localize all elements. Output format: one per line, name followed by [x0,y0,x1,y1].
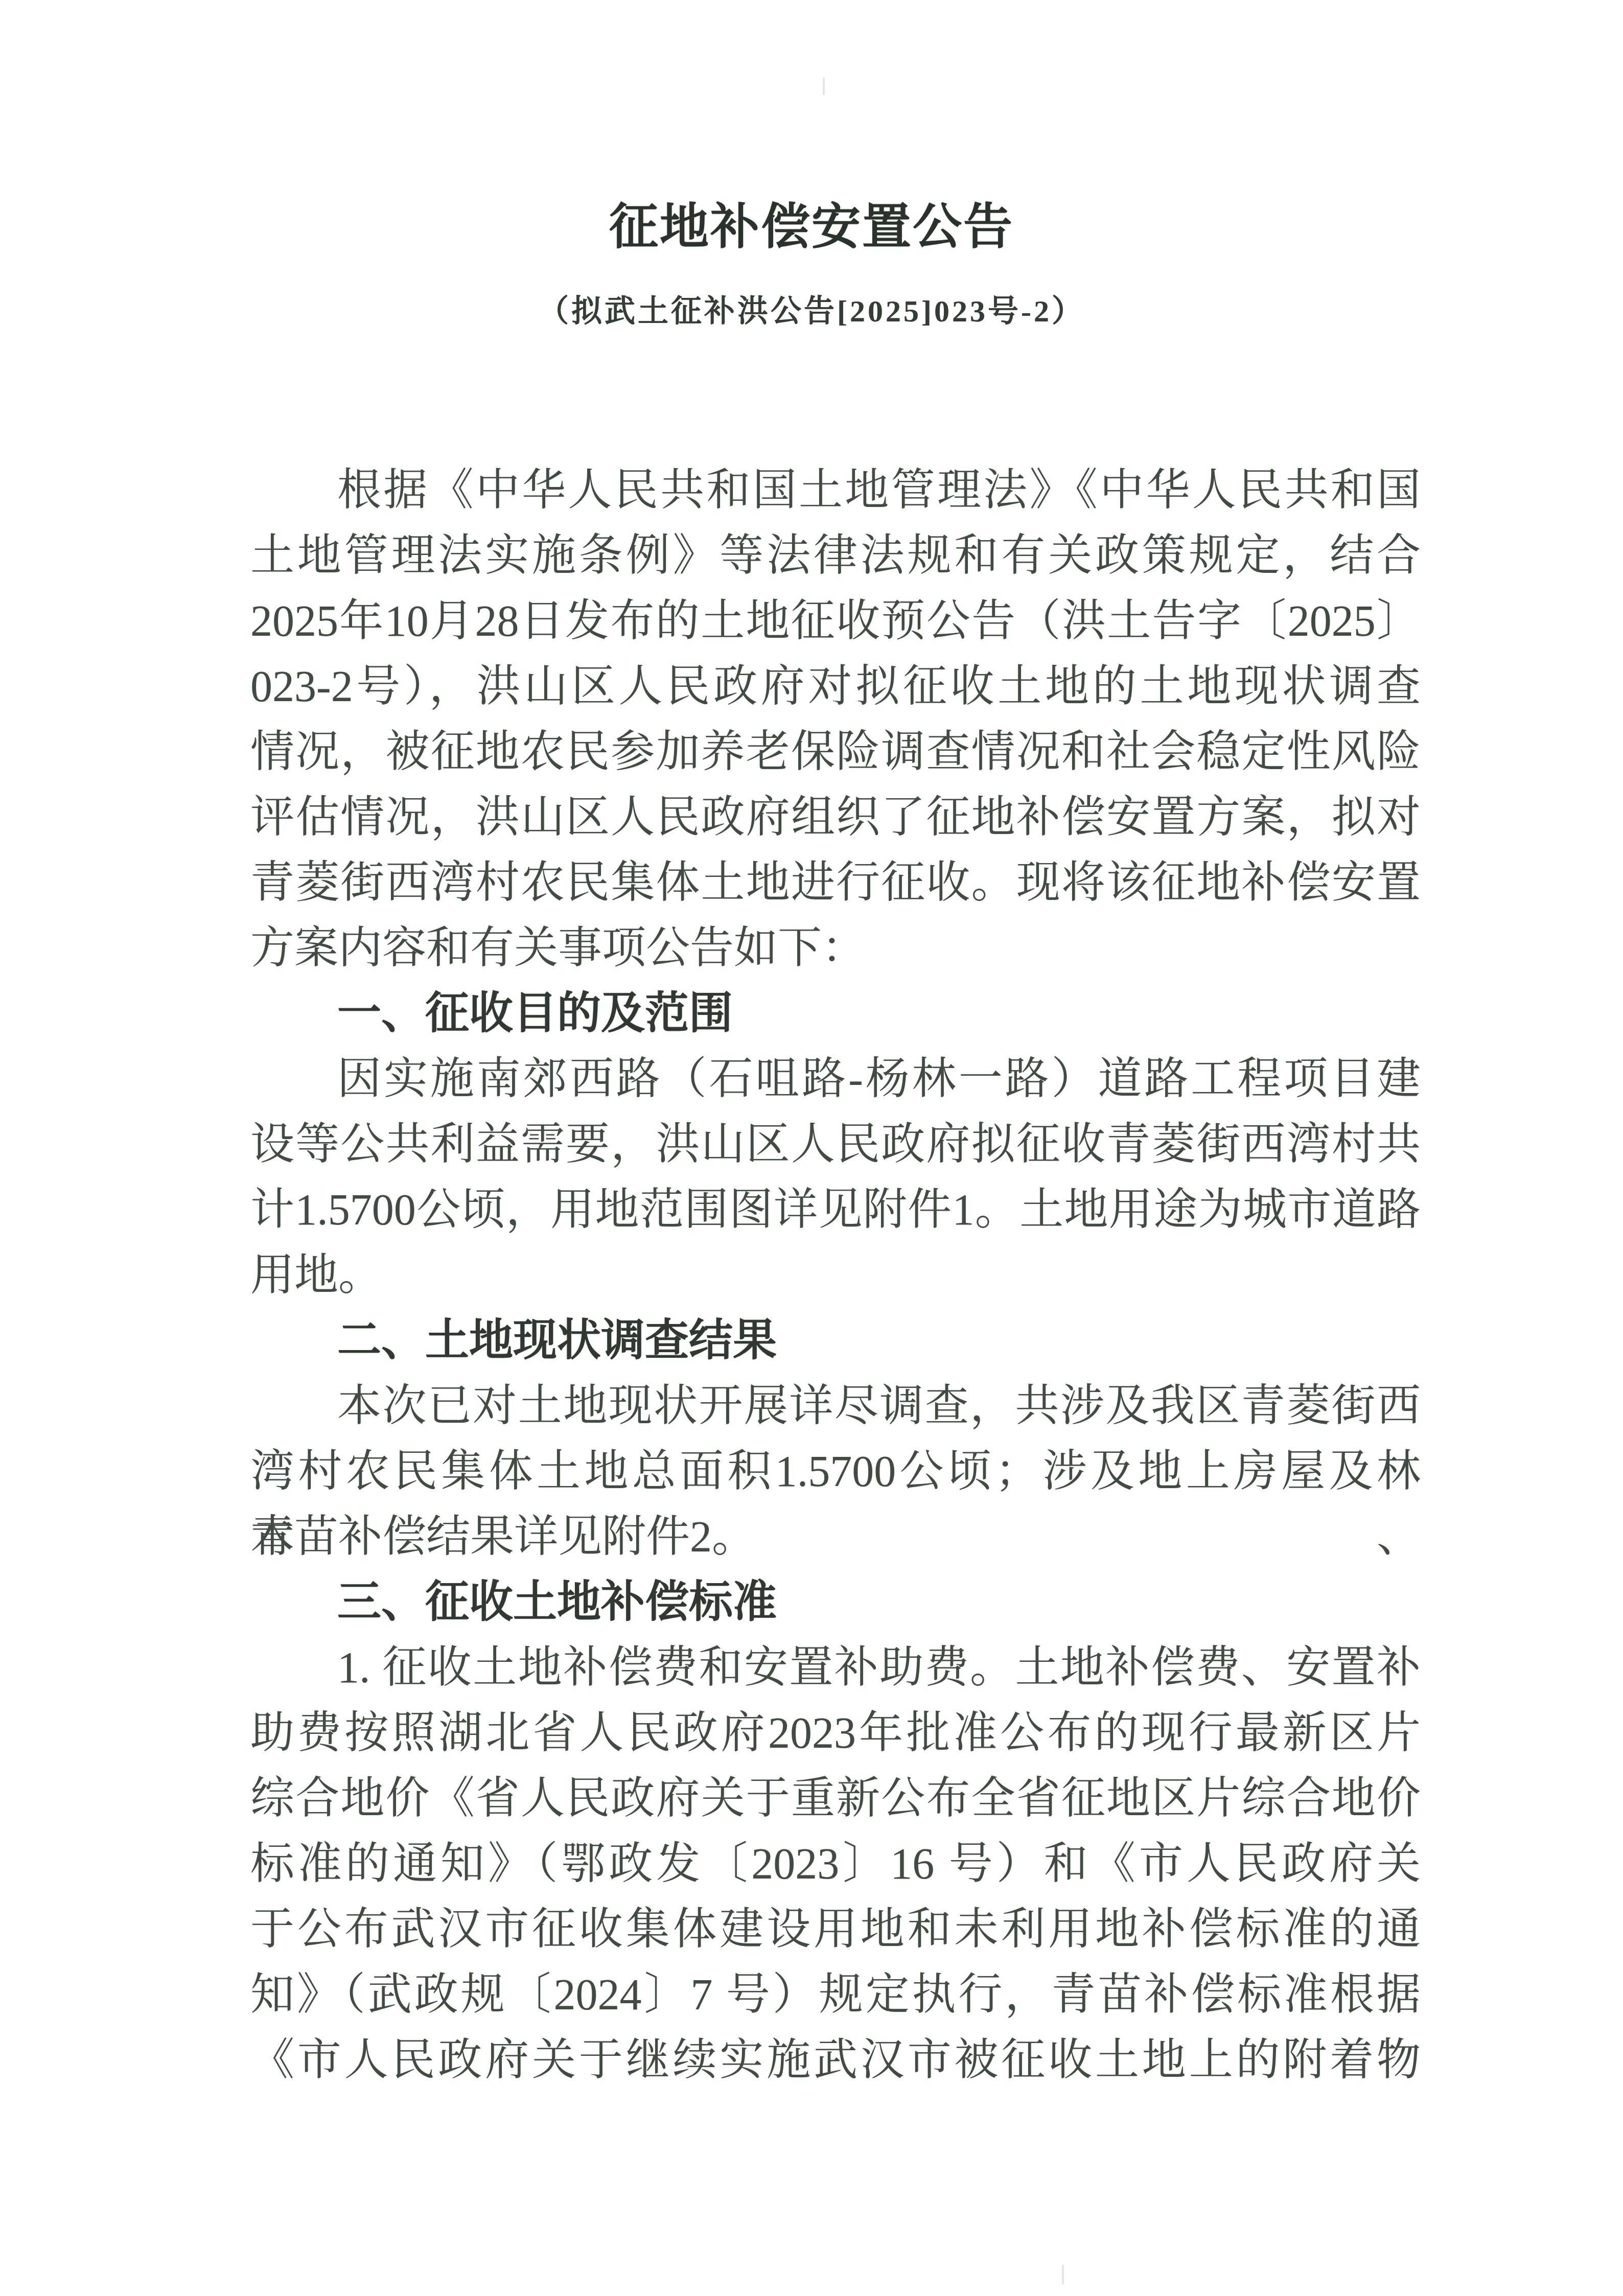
scanned-document-page: 征地补偿安置公告 （拟武土征补洪公告[2025]023号-2） 根据《中华人民共… [0,0,1623,2296]
scan-artifact [1062,2265,1064,2284]
document-line: 本次已对土地现状开展详尽调查，共涉及我区青菱街西 [250,1373,1421,1439]
document-line: 2025年10月28日发布的土地征收预公告（洪土告字〔2025〕 [250,588,1421,654]
section-heading: 三、征收土地补偿标准 [250,1569,1421,1635]
document-line: 设等公共利益需要，洪山区人民政府拟征收青菱街西湾村共 [250,1111,1421,1177]
document-line: 综合地价《省人民政府关于重新公布全省征地区片综合地价 [250,1766,1421,1831]
document-line: 1. 征收土地补偿费和安置补助费。土地补偿费、安置补 [250,1635,1421,1700]
document-line: 青菱街西湾村农民集体土地进行征收。现将该征地补偿安置 [250,850,1421,915]
section-heading: 一、征收目的及范围 [250,981,1421,1046]
document-line: 《市人民政府关于继续实施武汉市被征收土地上的附着物 [250,2027,1421,2093]
document-title: 征地补偿安置公告 [0,198,1623,256]
document-line: 情况，被征地农民参加养老保险调查情况和社会稳定性风险 [250,719,1421,784]
document-line: 根据《中华人民共和国土地管理法》《中华人民共和国 [250,457,1421,523]
document-line: 方案内容和有关事项公告如下： [250,915,1421,981]
document-line: 助费按照湖北省人民政府2023年批准公布的现行最新区片 [250,1700,1421,1766]
document-line: 知》（武政规〔2024〕7 号）规定执行，青苗补偿标准根据 [250,1962,1421,2027]
document-body: 根据《中华人民共和国土地管理法》《中华人民共和国土地管理法实施条例》等法律法规和… [250,457,1421,2093]
scan-artifact [823,78,825,95]
document-line: 评估情况，洪山区人民政府组织了征地补偿安置方案，拟对 [250,784,1421,850]
document-line: 计1.5700公顷，用地范围图详见附件1。土地用途为城市道路 [250,1177,1421,1242]
document-line: 于公布武汉市征收集体建设用地和未利用地补偿标准的通 [250,1896,1421,1962]
document-line: 023-2号），洪山区人民政府对拟征收土地的土地现状调查 [250,654,1421,719]
document-line: 用地。 [250,1242,1421,1308]
document-line: 湾村农民集体土地总面积1.5700公顷；涉及地上房屋及林木、 [250,1439,1421,1504]
document-number-subtitle: （拟武土征补洪公告[2025]023号-2） [0,287,1623,335]
document-line: 标准的通知》（鄂政发〔2023〕16 号）和《市人民政府关 [250,1831,1421,1896]
section-heading: 二、土地现状调查结果 [250,1308,1421,1373]
document-line: 因实施南郊西路（石咀路-杨林一路）道路工程项目建 [250,1046,1421,1111]
document-line: 土地管理法实施条例》等法律法规和有关政策规定，结合 [250,523,1421,588]
